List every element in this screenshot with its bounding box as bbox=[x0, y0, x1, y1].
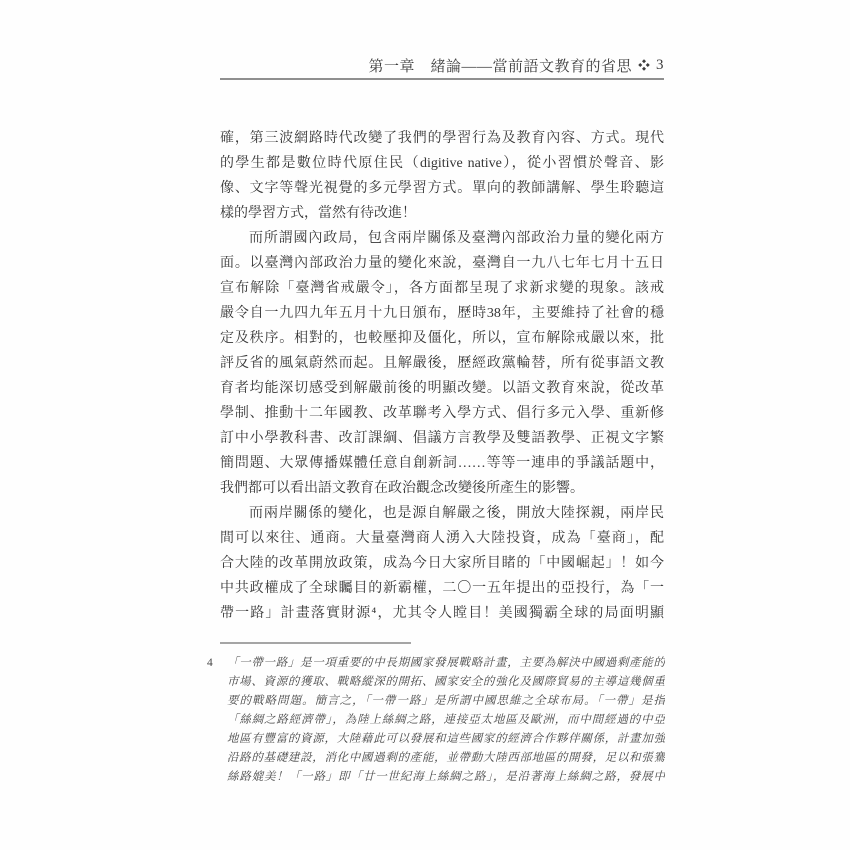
text-line: 合大陸的改革開放政策，成為今日大家所目睹的「中國崛起」！如今 bbox=[220, 551, 664, 576]
footnote-line: 「一帶一路」是一項重要的中長期國家發展戰略計畫，主要為解決中國過剩產能的 bbox=[227, 654, 665, 673]
running-head: 第一章 緒論——當前語文教育的省思 3 bbox=[220, 54, 664, 76]
footnote-marker: 4 bbox=[207, 654, 227, 673]
text-line: 嚴令自一九四九年五月十九日頒布，歷時38年，主要維持了社會的穩 bbox=[220, 301, 664, 326]
text-line: 育者均能深切感受到解嚴前後的明顯改變。以語文教育來說，從改革 bbox=[220, 376, 664, 401]
paragraph: 而所謂國內政局，包含兩岸關係及臺灣內部政治力量的變化兩方面。以臺灣內部政治力量的… bbox=[220, 226, 664, 501]
paragraph: 而兩岸關係的變化，也是源自解嚴之後，開放大陸探親，兩岸民間可以來往、通商。大量臺… bbox=[220, 501, 664, 626]
text-line: 確，第三波網路時代改變了我們的學習行為及教育內容、方式。現代 bbox=[220, 126, 664, 151]
text-line: 而所謂國內政局，包含兩岸關係及臺灣內部政治力量的變化兩方 bbox=[220, 226, 664, 251]
footnote-divider bbox=[220, 642, 411, 644]
footnote: 4 「一帶一路」是一項重要的中長期國家發展戰略計畫，主要為解決中國過剩產能的市場… bbox=[207, 654, 665, 787]
text-line: 間可以來往、通商。大量臺灣商人湧入大陸投資，成為「臺商」，配 bbox=[220, 526, 664, 551]
paragraph: 確，第三波網路時代改變了我們的學習行為及教育內容、方式。現代的學生都是數位時代原… bbox=[220, 126, 664, 226]
text-line: 的學生都是數位時代原住民（digitive native），從小習慣於聲音、影 bbox=[220, 151, 664, 176]
footnote-line: 「絲綢之路經濟帶」，為陸上絲綢之路，連接亞太地區及歐洲，而中間經過的中亞 bbox=[227, 711, 665, 730]
header-rule bbox=[220, 78, 664, 80]
ornament-icon bbox=[638, 59, 650, 71]
text-line: 訂中小學教科書、改訂課綱、倡議方言教學及雙語教學、正視文字繁 bbox=[220, 426, 664, 451]
text-line: 中共政權成了全球矚目的新霸權，二〇一五年提出的亞投行，為「一 bbox=[220, 576, 664, 601]
text-line: 簡問題、大眾傳播媒體任意自創新詞……等等一連串的爭議話題中， bbox=[220, 451, 664, 476]
text-line: 評反省的風氣蔚然而起。且解嚴後，歷經政黨輪替，所有從事語文教 bbox=[220, 351, 664, 376]
footnote-line: 市場、資源的獲取、戰略縱深的開拓、國家安全的強化及國際貿易的主導這幾個重 bbox=[227, 673, 665, 692]
text-line: 像、文字等聲光視覺的多元學習方式。單向的教師講解、學生聆聽這 bbox=[220, 176, 664, 201]
book-page: 第一章 緒論——當前語文教育的省思 3 確，第三波網路時代改變了我們的學習行為及… bbox=[0, 0, 850, 850]
text-line: 而兩岸關係的變化，也是源自解嚴之後，開放大陸探親，兩岸民 bbox=[220, 501, 664, 526]
text-line: 帶一路」計畫落實財源⁴，尤其令人瞠目！美國獨霸全球的局面明顯 bbox=[220, 601, 664, 626]
text-line: 樣的學習方式，當然有待改進！ bbox=[220, 201, 664, 226]
text-line: 學制、推動十二年國教、改革聯考入學方式、倡行多元入學、重新修 bbox=[220, 401, 664, 426]
text-line: 面。以臺灣內部政治力量的變化來說，臺灣自一九八七年七月十五日 bbox=[220, 251, 664, 276]
footnote-line: 要的戰略問題。簡言之，「一帶一路」是所謂中國思維之全球布局。「一帶」是指 bbox=[227, 692, 665, 711]
footnote-line: 絲路媲美！「一路」即「廿一世紀海上絲綢之路」，是沿著海上絲綢之路，發展中 bbox=[227, 768, 665, 787]
running-head-title: 第一章 緒論——當前語文教育的省思 bbox=[368, 55, 632, 76]
footnote-line: 地區有豐富的資源，大陸藉此可以發展和這些國家的經濟合作夥伴關係，計畫加強 bbox=[227, 730, 665, 749]
text-line: 定及秩序。相對的，也較壓抑及僵化，所以，宣布解除戒嚴以來，批 bbox=[220, 326, 664, 351]
footnote-text: 「一帶一路」是一項重要的中長期國家發展戰略計畫，主要為解決中國過剩產能的市場、資… bbox=[227, 654, 665, 787]
text-line: 我們都可以看出語文教育在政治觀念改變後所產生的影響。 bbox=[220, 476, 664, 501]
page-number: 3 bbox=[656, 57, 664, 74]
body-text: 確，第三波網路時代改變了我們的學習行為及教育內容、方式。現代的學生都是數位時代原… bbox=[220, 126, 664, 626]
text-line: 宣布解除「臺灣省戒嚴令」，各方面都呈現了求新求變的現象。該戒 bbox=[220, 276, 664, 301]
footnote-line: 沿路的基礎建設，消化中國過剩的產能，並帶動大陸西部地區的開發，足以和張騫 bbox=[227, 749, 665, 768]
